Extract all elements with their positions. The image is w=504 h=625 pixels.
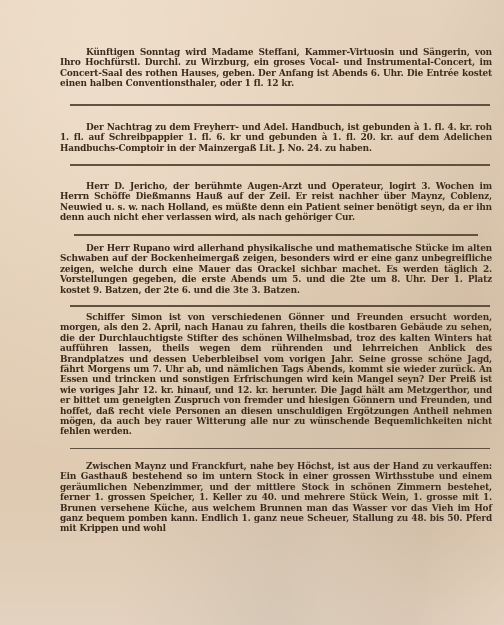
separator-rule	[70, 164, 490, 166]
notice-handbook: Der Nachtrag zu dem Freyherr- und Adel. …	[60, 123, 492, 154]
notice-inn-for-sale: Zwischen Maynz und Franckfurt, nahe bey …	[60, 462, 492, 535]
scanned-page: Künftigen Sonntag wird Madame Steffani, …	[0, 0, 504, 625]
notice-text: Der Nachtrag zu dem Freyherr- und Adel. …	[60, 123, 492, 154]
notice-text: Herr D. Jericho, der berühmte Augen-Arzt…	[60, 182, 492, 224]
notice-boat-trip: Schiffer Simon ist von verschiedenen Gön…	[60, 313, 492, 438]
notice-text: Zwischen Maynz und Franckfurt, nahe bey …	[60, 462, 492, 535]
notice-text: Künftigen Sonntag wird Madame Steffani, …	[60, 48, 492, 90]
notice-concert: Künftigen Sonntag wird Madame Steffani, …	[60, 48, 492, 90]
separator-rule	[70, 305, 490, 307]
notice-text: Der Herr Rupano wird allerhand physikali…	[60, 244, 492, 296]
notice-oculist: Herr D. Jericho, der berühmte Augen-Arzt…	[60, 182, 492, 224]
separator-rule	[70, 104, 490, 106]
notice-text: Schiffer Simon ist von verschiedenen Gön…	[60, 313, 492, 438]
notice-physics-show: Der Herr Rupano wird allerhand physikali…	[60, 244, 492, 296]
separator-rule	[74, 234, 478, 236]
separator-rule	[70, 448, 490, 449]
